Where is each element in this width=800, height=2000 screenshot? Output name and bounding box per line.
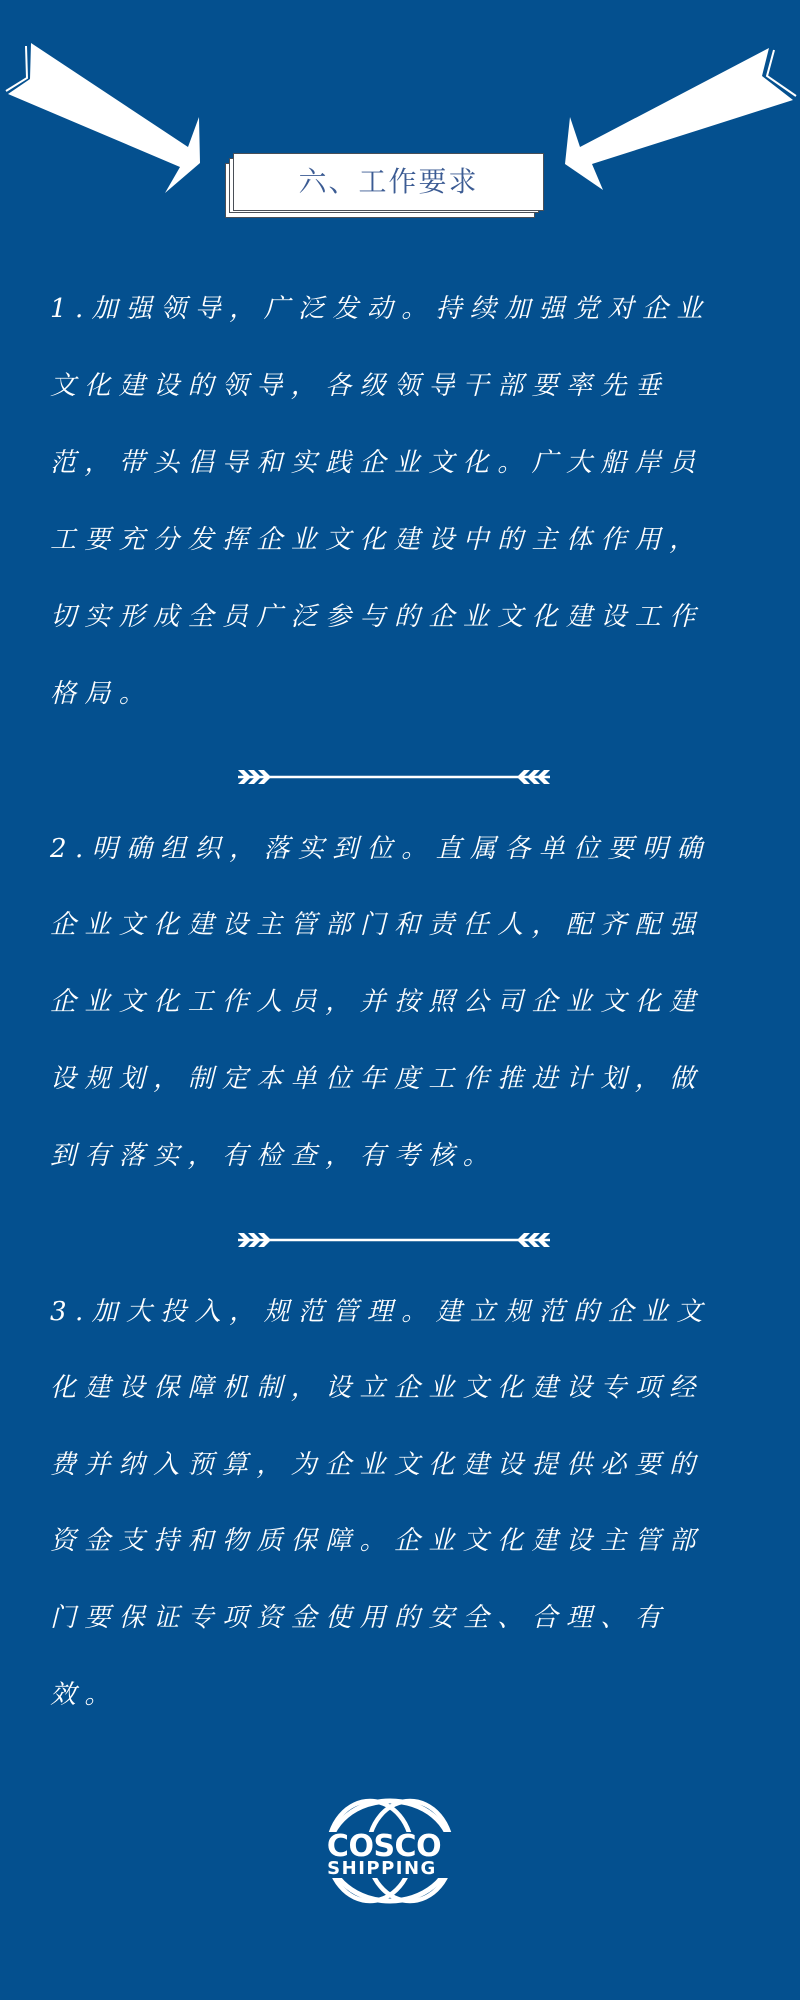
right-arrow-icon: [565, 48, 796, 190]
text-line: 企业文化建设主管部门和责任人，配齐配强: [50, 908, 704, 942]
text-line: 到有落实，有检查，有考核。: [50, 1139, 497, 1173]
header-badge: 六、工作要求: [233, 153, 544, 211]
text-line: 化建设保障机制，设立企业文化建设专项经: [50, 1371, 704, 1405]
text-line: 工要充分发挥企业文化建设中的主体作用，: [50, 523, 704, 557]
text-line: 2.明确组织，落实到位。直属各单位要明确: [50, 832, 711, 866]
text-line: 效。: [50, 1678, 119, 1712]
text-line: 格局。: [50, 677, 153, 711]
text-line: 文化建设的领导，各级领导干部要率先垂: [50, 369, 669, 403]
logo-text-shipping: SHIPPING: [296, 1860, 468, 1878]
text-line: 切实形成全员广泛参与的企业文化建设工作: [50, 600, 704, 634]
text-line: 范，带头倡导和实践企业文化。广大船岸员: [50, 446, 704, 480]
text-line: 企业文化工作人员，并按照公司企业文化建: [50, 985, 704, 1019]
section-divider: [234, 1231, 554, 1249]
page-title: 六、工作要求: [298, 168, 478, 196]
text-line: 设规划，制定本单位年度工作推进计划，做: [50, 1062, 704, 1096]
cosco-shipping-logo: COSCO SHIPPING: [296, 1796, 468, 1906]
left-arrow-icon: [6, 43, 200, 193]
text-line: 费并纳入预算，为企业文化建设提供必要的: [50, 1448, 704, 1482]
section-divider: [234, 768, 554, 786]
text-line: 资金支持和物质保障。企业文化建设主管部: [50, 1524, 704, 1558]
text-line: 1.加强领导，广泛发动。持续加强党对企业: [50, 292, 711, 326]
text-line: 3.加大投入，规范管理。建立规范的企业文: [50, 1295, 711, 1329]
text-line: 门要保证专项资金使用的安全、合理、有: [50, 1601, 669, 1635]
